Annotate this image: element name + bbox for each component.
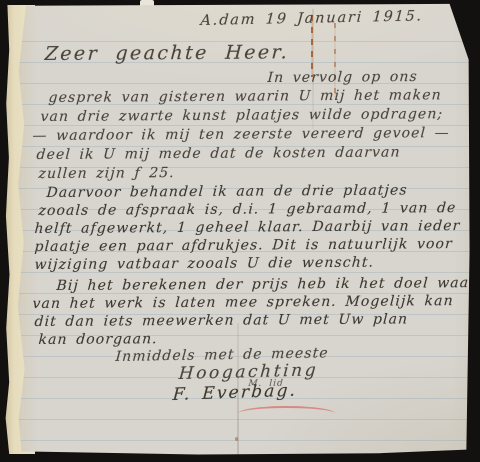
handwriting-line: — waardoor ik mij ten zeerste vereerd ge… [32, 125, 450, 144]
handwriting-line: deel ik U mij mede dat de kosten daarvan [36, 144, 401, 163]
handwriting-line: dit dan iets meewerken dat U met Uw plan [34, 311, 409, 330]
rust-dot [235, 437, 238, 441]
handwriting-line: kan doorgaan. [38, 331, 158, 348]
handwriting-line: In vervolg op ons [267, 69, 418, 86]
photo-background: A.dam 19 Januari 1915. Zeer geachte Heer… [0, 0, 480, 462]
rust-stain [334, 23, 336, 97]
handwriting-line: zooals de afspraak is, d.i. 1 gebraamd, … [38, 200, 457, 219]
letter-paper: A.dam 19 Januari 1915. Zeer geachte Heer… [16, 3, 470, 455]
handwriting-line: van het werk is laten mee spreken. Mogel… [32, 293, 454, 312]
red-pencil-underline [238, 406, 335, 415]
handwriting-line: zullen zijn ƒ 25. [38, 165, 175, 182]
handwriting-line: Bij het berekenen der prijs heb ik het d… [56, 275, 480, 294]
handwriting-line: helft afgewerkt, 1 geheel klaar. Daarbij… [34, 218, 461, 237]
letter-salutation: Zeer geachte Heer. [44, 41, 290, 65]
handwriting-line: plaatje een paar afdrukjes. Dit is natuu… [34, 236, 453, 255]
handwriting-line: Daarvoor behandel ik aan de drie plaatje… [46, 182, 408, 201]
handwriting-line: van drie zwarte kunst plaatjes wilde opd… [40, 106, 444, 125]
handwriting-line: gesprek van gisteren waarin U mij het ma… [48, 87, 442, 106]
handwriting-line: wijziging vatbaar zooals U die wenscht. [34, 255, 375, 273]
